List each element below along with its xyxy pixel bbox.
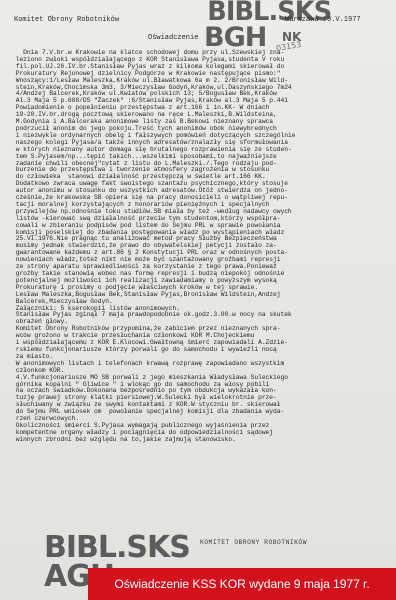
- body-line: Stanisław Pyjas zginął 7 maja prawdopodo…: [12, 312, 392, 319]
- document-body: Dnia 7.V.br.w Krakowie na klatce schodow…: [12, 50, 392, 444]
- signature: KOMITET OBRONY ROBOTNIKÓW: [200, 539, 307, 546]
- body-line: rskiemu funkcjonariusze którzy porwali g…: [12, 347, 392, 354]
- caption-text: Oświadczenie KSS KOR wydane 9 maja 1977 …: [114, 577, 369, 591]
- library-stamp-top-line-2: BGH: [204, 24, 266, 51]
- caption-banner: Oświadczenie KSS KOR wydane 9 maja 1977 …: [88, 568, 396, 600]
- organization-header: Komitet Obrony Robotników: [14, 16, 119, 24]
- body-line: W anonimowych listach i telefonach krwaw…: [12, 361, 392, 368]
- document-title: Oświadczenie: [148, 34, 198, 42]
- body-line: winnych zbrodni bez względu na to,jakie …: [12, 437, 392, 444]
- typewritten-document: Komitet Obrony Robotników Warszawa :9.V.…: [0, 0, 396, 600]
